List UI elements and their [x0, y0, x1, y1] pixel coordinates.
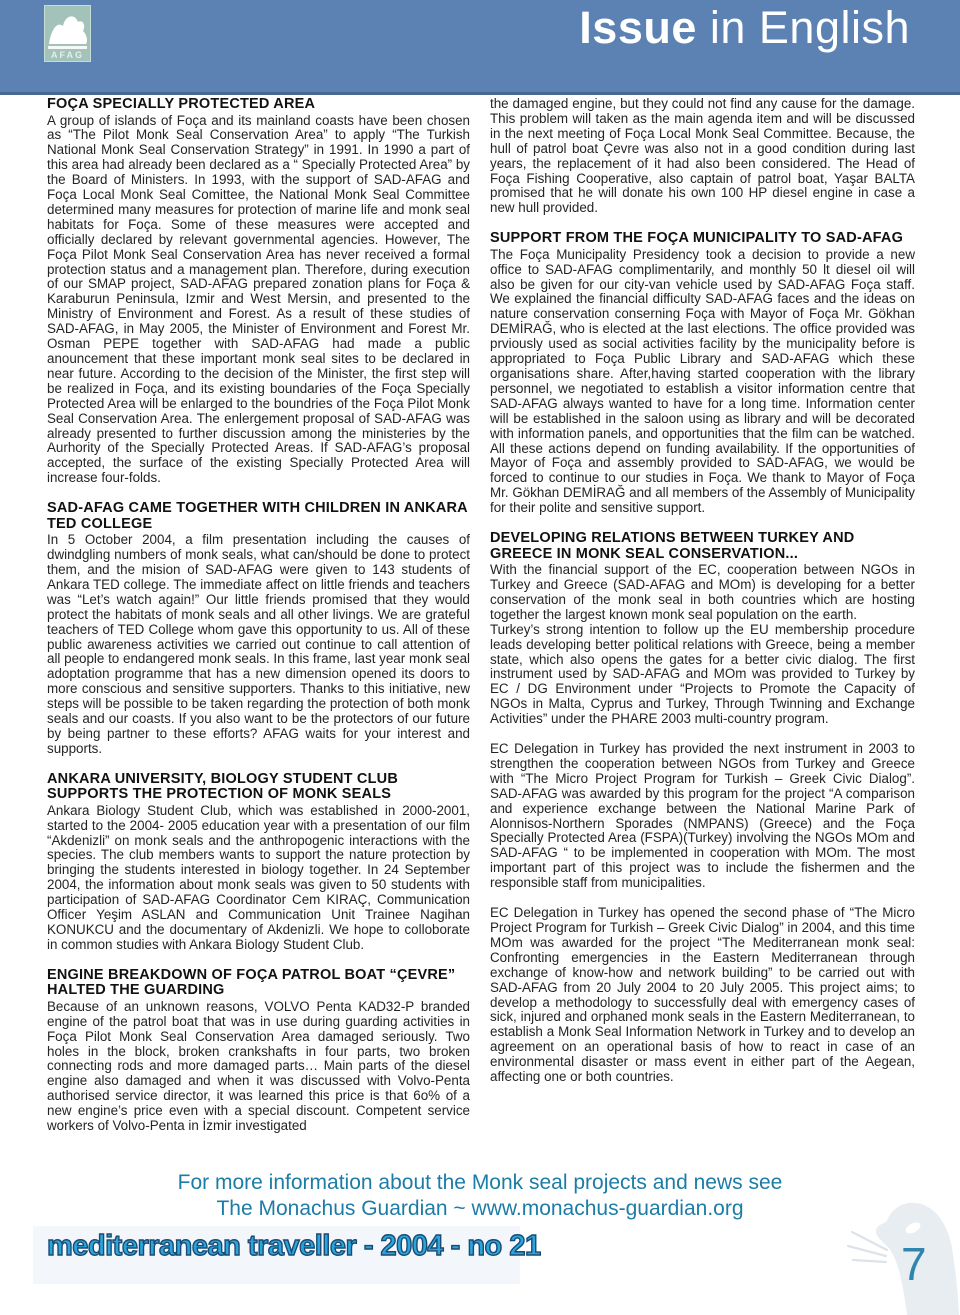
- article-foca-spa: FOÇA SPECIALLY PROTECTED AREA A group of…: [47, 97, 470, 486]
- article-heading: SUPPORT FROM THE FOÇA MUNICIPALITY TO SA…: [490, 231, 915, 247]
- article-engine-continuation: the damaged engine, but they could not f…: [490, 97, 915, 216]
- article-paragraph: A group of islands of Foça and its mainl…: [47, 114, 470, 487]
- article-paragraph: the damaged engine, but they could not f…: [490, 97, 915, 216]
- article-paragraph: In 5 October 2004, a film presentation i…: [47, 533, 470, 757]
- article-ted-college: SAD-AFAG CAME TOGETHER WITH CHILDREN IN …: [47, 501, 470, 757]
- article-paragraph: The Foça Municipality Presidency took a …: [490, 248, 915, 516]
- article-heading: ANKARA UNIVERSITY, BIOLOGY STUDENT CLUB …: [47, 772, 470, 803]
- page-number: 7: [901, 1240, 927, 1288]
- afag-logo: AFAG: [44, 5, 91, 62]
- article-paragraph: Turkey’s strong intention to follow up t…: [490, 623, 915, 727]
- issue-label: mediterranean traveller - 2004 - no 21: [47, 1230, 541, 1263]
- article-turkey-greece-relations: DEVELOPING RELATIONS BETWEEN TURKEY AND …: [490, 531, 915, 1085]
- title-rest: in English: [697, 2, 910, 53]
- afag-logo-label: AFAG: [45, 50, 90, 60]
- right-column: the damaged engine, but they could not f…: [490, 97, 915, 1085]
- footer-info: For more information about the Monk seal…: [0, 1170, 960, 1222]
- page-header: AFAG Issue in English: [0, 0, 960, 95]
- article-ankara-university: ANKARA UNIVERSITY, BIOLOGY STUDENT CLUB …: [47, 772, 470, 953]
- issue-strip: mediterranean traveller - 2004 - no 21: [33, 1226, 520, 1284]
- article-heading: FOÇA SPECIALLY PROTECTED AREA: [47, 97, 470, 113]
- article-paragraph: Because of an unknown reasons, VOLVO Pen…: [47, 1000, 470, 1134]
- footer-info-line2: The Monachus Guardian ~ www.monachus-gua…: [0, 1196, 960, 1222]
- article-engine-breakdown: ENGINE BREAKDOWN OF FOÇA PATROL BOAT “ÇE…: [47, 968, 470, 1134]
- title-word-issue: Issue: [579, 2, 697, 53]
- left-column: FOÇA SPECIALLY PROTECTED AREA A group of…: [47, 97, 470, 1134]
- article-paragraph: Ankara Biology Student Club, which was e…: [47, 804, 470, 953]
- page-title: Issue in English: [579, 4, 910, 52]
- article-heading: SAD-AFAG CAME TOGETHER WITH CHILDREN IN …: [47, 501, 470, 532]
- article-paragraph: EC Delegation in Turkey has provided the…: [490, 742, 915, 891]
- article-municipality-support: SUPPORT FROM THE FOÇA MUNICIPALITY TO SA…: [490, 231, 915, 516]
- article-heading: DEVELOPING RELATIONS BETWEEN TURKEY AND …: [490, 531, 915, 562]
- article-paragraph: With the financial support of the EC, co…: [490, 563, 915, 623]
- article-paragraph: EC Delegation in Turkey has opened the s…: [490, 906, 915, 1085]
- footer-info-line1: For more information about the Monk seal…: [0, 1170, 960, 1196]
- article-heading: ENGINE BREAKDOWN OF FOÇA PATROL BOAT “ÇE…: [47, 968, 470, 999]
